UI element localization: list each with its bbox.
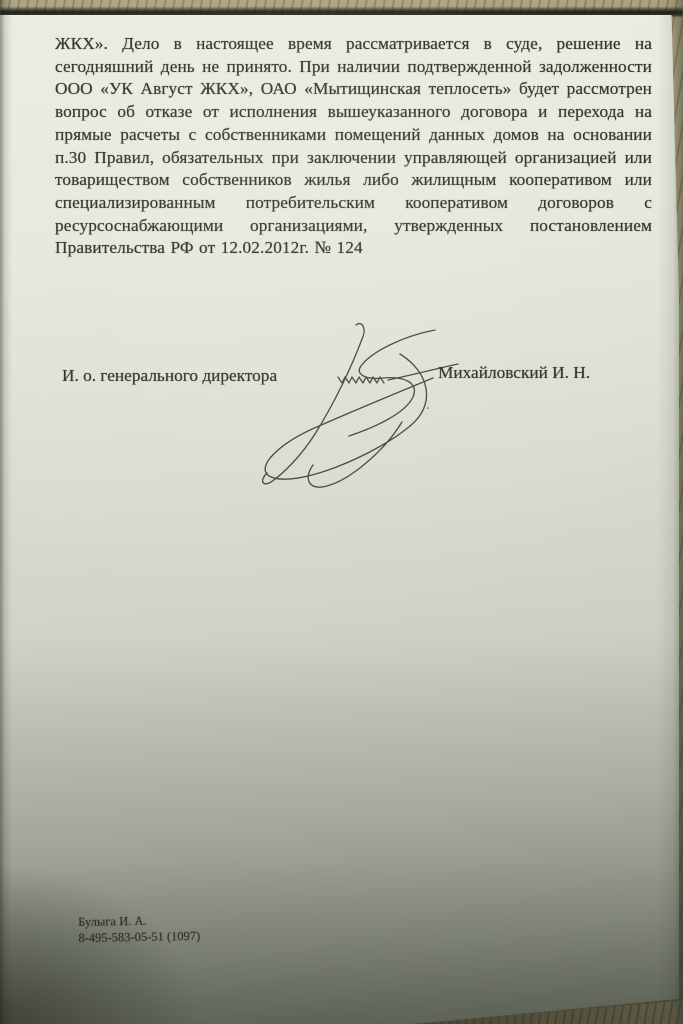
footer-contact-block: Булыга И. А. 8-495-583-05-51 (1097): [78, 913, 200, 946]
paragraph-line: ООО «УК Август ЖКХ», ОАО «Мытищинская те…: [55, 78, 652, 101]
paragraph-line: сегодняшний день не принято. При наличии…: [55, 56, 652, 79]
footer-contact-phone: 8-495-583-05-51 (1097): [78, 928, 200, 946]
paragraph-line: Правительства РФ от 12.02.2012г. № 124: [55, 237, 652, 260]
paragraph-line: вопрос об отказе от исполнения вышеуказа…: [55, 101, 652, 124]
paragraph-line: товариществом собственников жилья либо ж…: [55, 169, 652, 192]
paragraph-line: специализированным потребительским коопе…: [55, 192, 652, 215]
handwritten-signature: [252, 322, 464, 496]
signer-name: Михайловский И. Н.: [438, 363, 590, 383]
paragraph-line: п.30 Правил, обязательных при заключении…: [55, 147, 652, 170]
document-content: ЖКХ». Дело в настоящее время рассматрива…: [0, 0, 683, 1024]
paragraph-line: прямые расчеты с собственниками помещени…: [55, 124, 652, 147]
paragraph-line: ЖКХ». Дело в настоящее время рассматрива…: [55, 33, 652, 56]
paragraph-line: ресурсоснабжающими организациями, утверж…: [55, 215, 652, 238]
body-paragraph: ЖКХ». Дело в настоящее время рассматрива…: [55, 33, 652, 260]
document-photo: ЖКХ». Дело в настоящее время рассматрива…: [0, 0, 683, 1024]
signatory-title: И. о. генерального директора: [62, 366, 277, 386]
